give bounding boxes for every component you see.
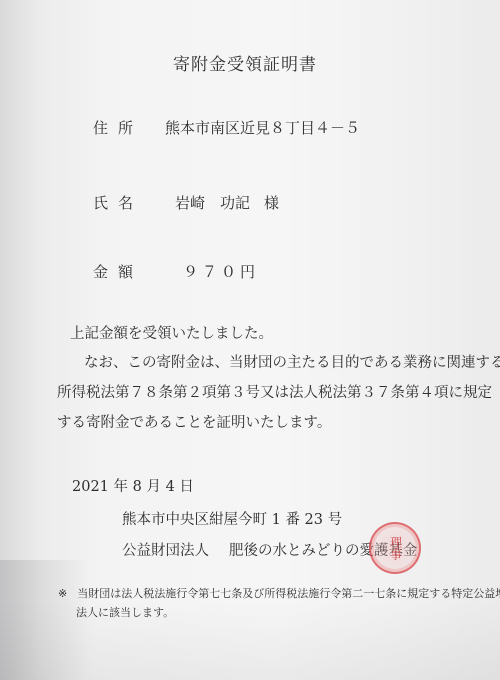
name-label: 氏名 (93, 192, 153, 213)
issue-date: 2021 年 8 月 4 日 (72, 475, 194, 496)
note-mark: ※ (58, 587, 67, 600)
amount-label: 金額 (93, 261, 153, 282)
issuer-type: 公益財団法人 (122, 543, 209, 559)
note-line: 当財団は法人税法施行令第七七条及び所得税法施行令第二一七条に規定する特定公益増進 (77, 587, 500, 600)
issuer-address: 熊本市中央区紺屋今町 1 番 23 号 (122, 508, 342, 529)
body-line: 上記金額を受領いたしました。 (70, 322, 273, 343)
note-line: 法人に該当します。 (76, 604, 174, 620)
shadow (0, 600, 500, 680)
address-field: 住所熊本市南区近見８丁目４－５ (93, 117, 360, 138)
address-value: 熊本市南区近見８丁目４－５ (165, 119, 360, 137)
name-value: 岩崎 功記 (175, 194, 250, 212)
body-line: する寄附金であることを証明いたします。 (57, 411, 331, 432)
amount-value: ９７０円 (183, 263, 259, 281)
name-field: 氏名岩崎 功記様 (93, 192, 279, 213)
honorific: 様 (264, 194, 279, 212)
shadow (0, 560, 90, 680)
footnote: ※当財団は法人税法施行令第七七条及び所得税法施行令第二一七条に規定する特定公益増… (58, 585, 500, 601)
document-title: 寄附金受領証明書 (173, 50, 317, 75)
amount-field: 金額９７０円 (93, 261, 259, 282)
seal-stamp-icon: 理事 (369, 522, 421, 574)
body-line: 所得税法第７８条第２項第３号又は法人税法第３７条第４項に規定 (57, 381, 492, 402)
address-label: 住所 (93, 117, 153, 138)
seal-text: 理事 (389, 536, 402, 560)
body-line: なお、この寄附金は、当財団の主たる目的である業務に関連する (84, 351, 500, 372)
